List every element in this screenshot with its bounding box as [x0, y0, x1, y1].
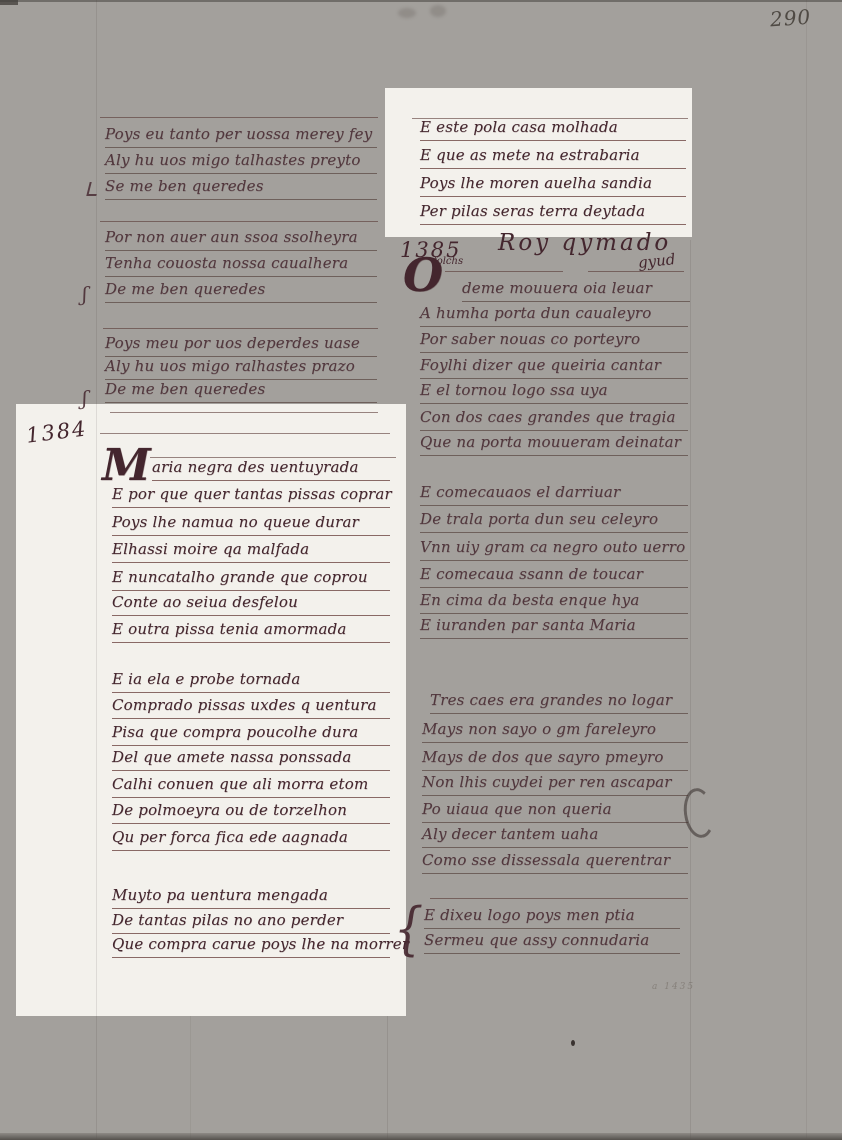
folio-number: 290	[769, 5, 812, 32]
verse-line: Mays de dos que sayro pmeyro	[422, 744, 688, 771]
verse-line: E que as mete na estrabaria	[420, 142, 686, 169]
faint-pencil-note: a 1435	[652, 982, 695, 992]
verse-line: E iuranden par santa Maria	[420, 612, 688, 639]
verse-line: Por saber nouas co porteyro	[420, 326, 688, 353]
verse-line: E outra pissa tenia amormada	[112, 616, 390, 643]
verse-line: Foylhi dizer que queiria cantar	[420, 352, 688, 379]
verse-line: De polmoeyra ou de torzelhon	[112, 797, 390, 824]
illuminated-initial-M: M	[102, 444, 151, 488]
verse-line: E ia ela e probe tornada	[112, 666, 390, 693]
verse-line: Se me ben queredes	[105, 173, 377, 200]
verse-line: A humha porta dun caualeyro	[420, 300, 688, 327]
verse-line: Poys lhe moren auelha sandia	[420, 170, 686, 197]
verse-line: E el tornou logo ssa uya	[420, 377, 688, 404]
verse-line: Con dos caes grandes que tragia	[420, 404, 688, 431]
stanza-brace: {	[394, 894, 423, 962]
fold-crease-left	[96, 0, 97, 1140]
verse-line: Que na porta mouueram deinatar	[420, 429, 688, 456]
illuminated-initial-O: O	[403, 252, 443, 298]
verse-line: Calhi conuen que ali morra etom	[112, 771, 390, 798]
verse-line: aria negra des uentuyrada	[152, 454, 390, 481]
fold-crease-center	[387, 1016, 388, 1140]
fold-crease-bottom-left	[190, 1016, 191, 1140]
verse-line: Per pilas seras terra deytada	[420, 198, 686, 225]
verse-line: Como sse dissessala querentrar	[422, 847, 688, 874]
verse-line: Por non auer aun ssoa ssolheyra	[105, 224, 377, 251]
photo-corner-mark	[0, 0, 18, 5]
verse-line: Po uiaua que non queria	[422, 796, 688, 823]
ruled-line	[110, 412, 378, 413]
fold-crease-right	[690, 240, 691, 1140]
verse-line: Muyto pa uentura mengada	[112, 882, 390, 909]
photo-top-edge	[0, 0, 842, 2]
verse-line: Mays non sayo o gm fareleyro	[422, 716, 688, 743]
ink-dot	[571, 1040, 575, 1046]
verse-line: Tres caes era grandes no logar	[430, 687, 688, 714]
ink-smudge	[430, 5, 446, 17]
ink-smudge	[398, 8, 416, 18]
ruled-line	[100, 117, 378, 118]
verse-line: De me ben queredes	[105, 276, 377, 303]
verse-line: Tenha couosta nossa caualhera	[105, 250, 377, 277]
verse-line: deme mouuera oia leuar	[462, 275, 690, 302]
ruled-line	[588, 271, 684, 272]
manuscript-photo: 290 a 1435 Poys eu tanto per uossa merey…	[0, 0, 842, 1140]
stanza-mark	[86, 182, 99, 196]
verse-line: Pisa que compra poucolhe dura	[112, 719, 390, 746]
verse-line: E comecauaos el darriuar	[420, 479, 688, 506]
verse-line: Qu per forca fica ede aagnada	[112, 824, 390, 851]
stanza-mark: ʃ	[82, 386, 87, 410]
verse-line: Conte ao seiua desfelou	[112, 589, 390, 616]
stanza-mark: ʃ	[82, 282, 87, 306]
verse-line: De me ben queredes	[105, 376, 377, 403]
photo-bottom-edge	[0, 1133, 842, 1140]
ruled-line	[103, 328, 378, 329]
verse-line: De trala porta dun seu celeyro	[420, 506, 688, 533]
verse-line: E este pola casa molhada	[420, 114, 686, 141]
verse-line: E comecaua ssann de toucar	[420, 561, 688, 588]
margin-annotation: gyud	[637, 250, 676, 272]
ruled-line	[430, 898, 688, 899]
verse-line: E dixeu logo poys men ptia	[424, 902, 680, 929]
verse-line: E nuncatalho grande que coprou	[112, 564, 390, 591]
verse-line: Aly decer tantem uaha	[422, 821, 688, 848]
verse-line: Aly hu uos migo talhastes preyto	[105, 147, 377, 174]
verse-line: Poys eu tanto per uossa merey fey	[105, 121, 377, 148]
verse-line: Elhassi moire qa malfada	[112, 536, 390, 563]
verse-line: Que compra carue poys lhe na morrer	[112, 931, 390, 958]
ruled-line	[100, 433, 390, 434]
verse-line: En cima da besta enque hya	[420, 587, 688, 614]
verse-line: Vnn uiy gram ca negro outo uerro	[420, 534, 688, 561]
ruled-line	[445, 271, 563, 272]
verse-line: De tantas pilas no ano perder	[112, 907, 390, 934]
verse-line: Sermeu que assy connudaria	[424, 927, 680, 954]
fold-crease-margin	[806, 0, 807, 1140]
verse-line: E por que quer tantas pissas coprar	[112, 481, 390, 508]
verse-line: Del que amete nassa ponssada	[112, 744, 390, 771]
verse-line: Comprado pissas uxdes q uentura	[112, 692, 390, 719]
verse-line: Non lhis cuydei per ren ascapar	[422, 769, 688, 796]
ruled-line	[100, 221, 378, 222]
verse-line: Poys lhe namua no queue durar	[112, 509, 390, 536]
